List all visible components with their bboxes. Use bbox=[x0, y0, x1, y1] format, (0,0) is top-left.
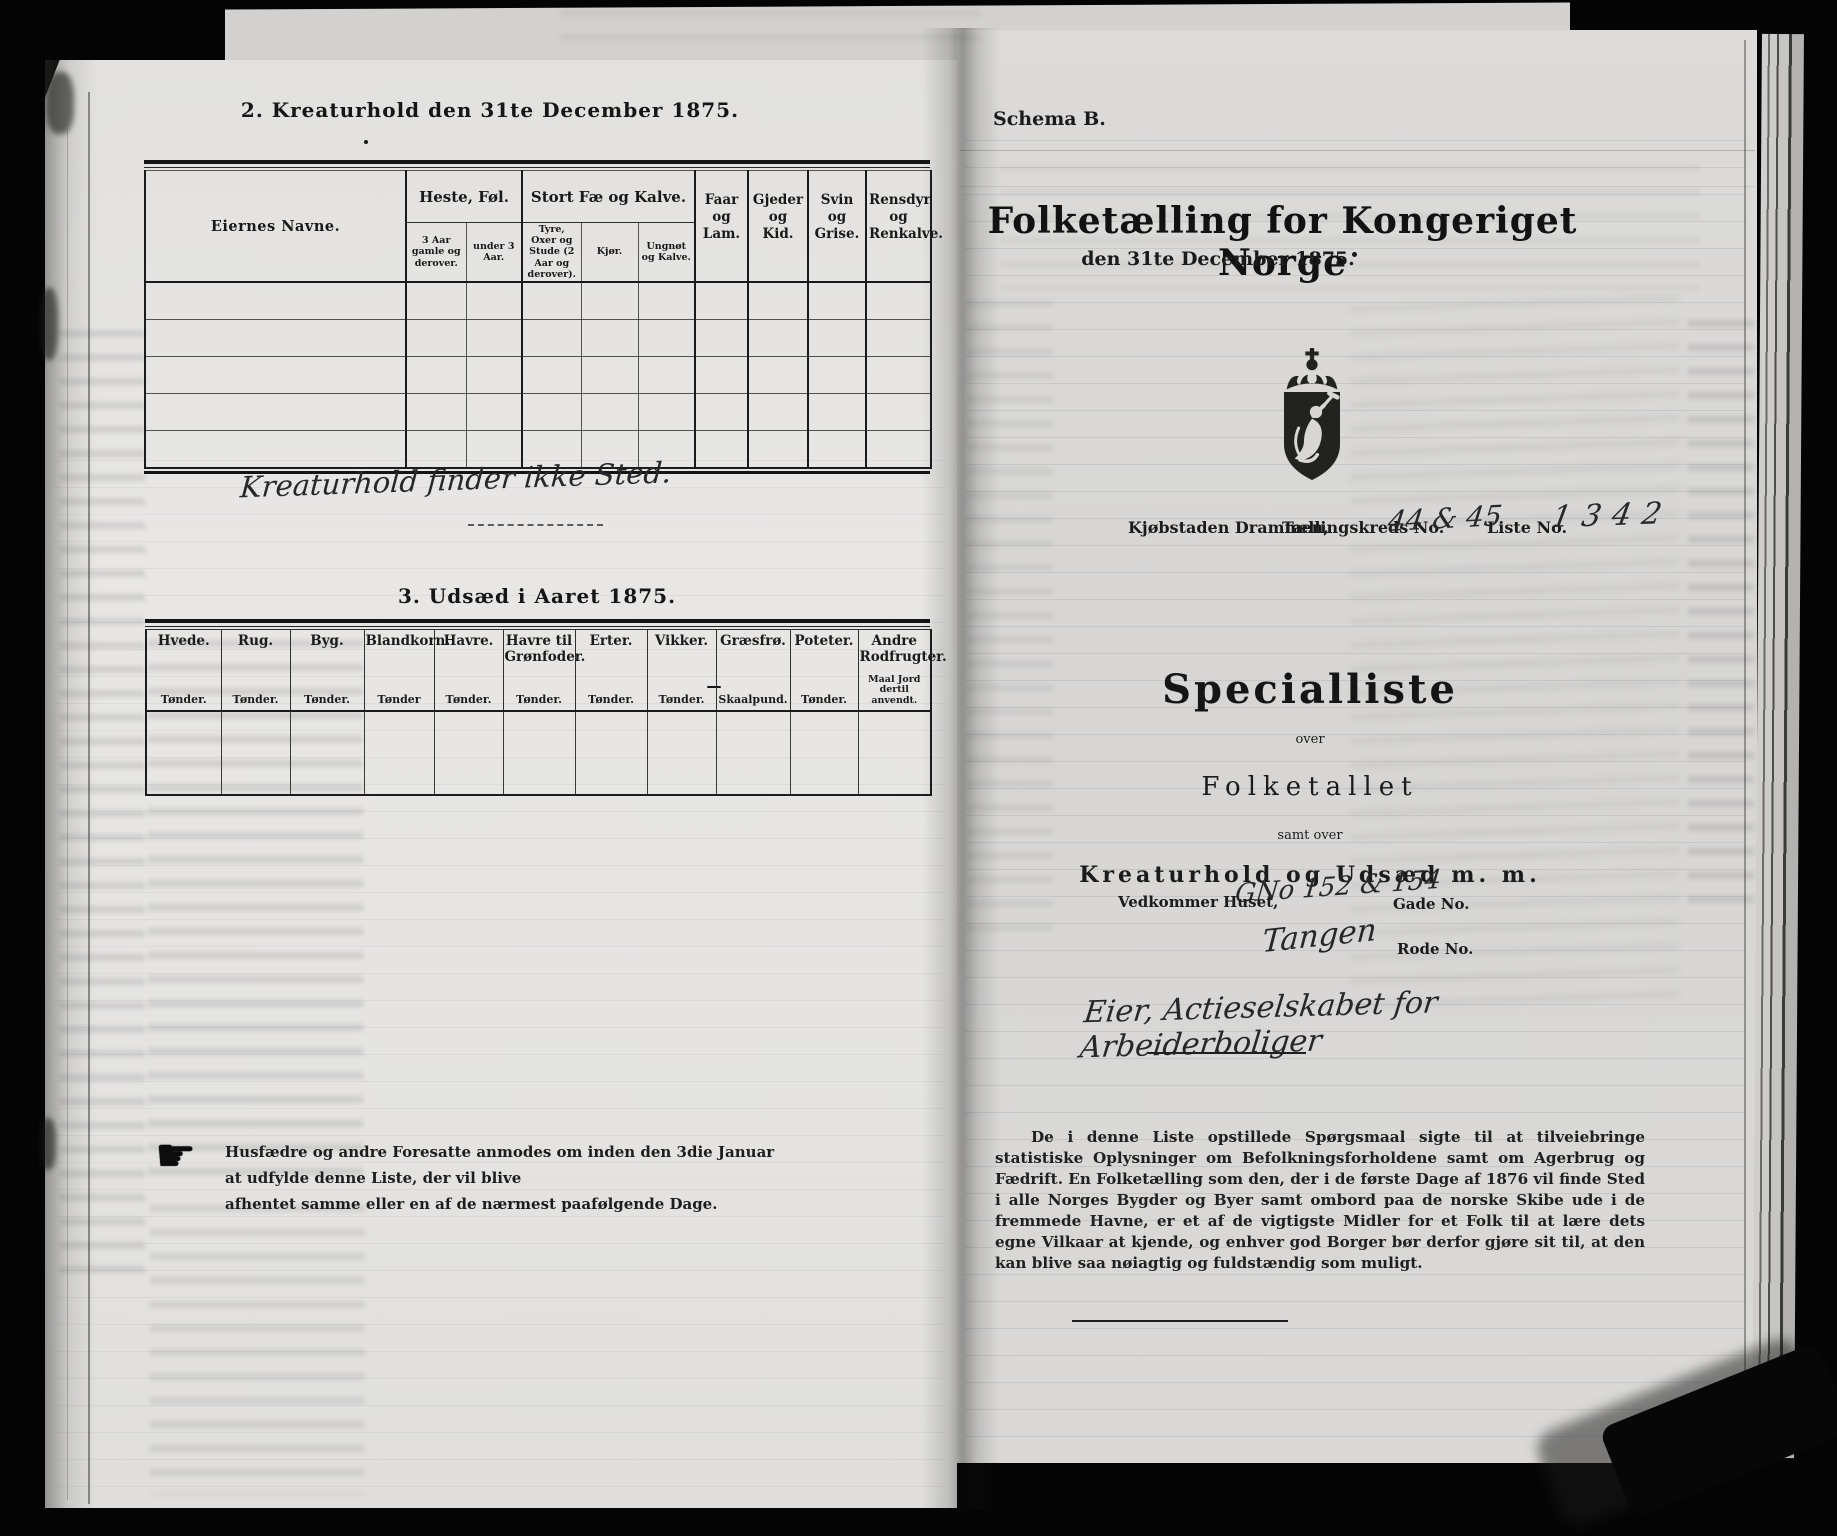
table-row bbox=[145, 320, 931, 357]
subcol-calves: Ungnøt og Kalve. bbox=[638, 223, 695, 283]
bleed-through-bottom-left bbox=[150, 1205, 365, 1495]
col-header-owner: Eiernes Navne. bbox=[145, 171, 406, 283]
col-header-potatoes: Poteter.Tønder. bbox=[790, 630, 858, 712]
table-row bbox=[145, 282, 931, 320]
table-row bbox=[146, 711, 931, 795]
bleed-through-top-band bbox=[560, 10, 980, 58]
edge-smudge bbox=[40, 1118, 56, 1170]
subcol-horses-young: under 3 Aar. bbox=[466, 223, 522, 283]
footnote-line2: afhentet samme eller en af de nærmest pa… bbox=[225, 1195, 717, 1213]
col-group-cattle: Stort Fæ og Kalve. bbox=[522, 171, 695, 223]
bleed-rule-line bbox=[960, 150, 1755, 151]
subcol-cows: Kjør. bbox=[581, 223, 638, 283]
col-header-fodder-oats: Havre til Grønfoder.Tønder. bbox=[503, 630, 575, 712]
empty-cell bbox=[145, 357, 406, 394]
scanned-census-book-spread: 2. Kreaturhold den 31te December 1875. E… bbox=[0, 0, 1837, 1536]
bleed-rule-line bbox=[960, 186, 1755, 187]
col-header-goats: Gjeder og Kid. bbox=[748, 171, 808, 283]
livestock-table: Eiernes Navne. Heste, Føl. Stort Fæ og K… bbox=[144, 170, 930, 474]
pointing-hand-icon: ☛ bbox=[155, 1132, 196, 1178]
right-page-edge-line bbox=[1744, 40, 1746, 1450]
col-header-vetches: Vikker.Tønder. bbox=[647, 630, 716, 712]
street-number-label: Gade No. bbox=[1393, 895, 1469, 913]
section3-title: 3. Udsæd i Aaret 1875. bbox=[144, 584, 930, 608]
bleed-through-handwriting bbox=[1350, 294, 1680, 1026]
population-label: Folketallet bbox=[1110, 772, 1510, 802]
samt-over-label: samt over bbox=[1110, 828, 1510, 843]
edge-smudge bbox=[40, 288, 58, 360]
census-subtitle: den 31te December 1875. bbox=[960, 248, 1476, 270]
col-header-root-crops: Andre Rodfrugter.Maal Jord dertil anvend… bbox=[858, 630, 931, 712]
col-header-pigs: Svin og Grise. bbox=[808, 171, 866, 283]
left-page-edge-line bbox=[88, 92, 90, 1504]
special-list-title: Specialliste bbox=[1110, 666, 1510, 713]
crops-table: Hvede.Tønder. Rug.Tønder. Byg.Tønder. Bl… bbox=[145, 629, 930, 796]
table-row bbox=[145, 357, 931, 394]
col-header-peas: Erter.Tønder. bbox=[575, 630, 647, 712]
book-gutter-shadow bbox=[922, 28, 1000, 1510]
list-number-handwritten: 1342 bbox=[1549, 496, 1675, 535]
table2-top-rule bbox=[145, 619, 930, 627]
col-header-grass-seed: Græsfrø.Skaalpund. bbox=[716, 630, 790, 712]
col-header-barley: Byg.Tønder. bbox=[290, 630, 364, 712]
empty-cell bbox=[146, 711, 221, 795]
coat-of-arms-norway bbox=[1272, 348, 1352, 496]
schema-label: Schema B. bbox=[993, 108, 1106, 130]
edge-smudge bbox=[46, 72, 74, 134]
col-header-mixed-grain: Blandkorn.Tønder bbox=[364, 630, 434, 712]
over-label: over bbox=[1110, 732, 1510, 747]
empty-cell bbox=[145, 431, 406, 469]
col-header-sheep: Faar og Lam. bbox=[695, 171, 748, 283]
section2-title: 2. Kreaturhold den 31te December 1875. bbox=[140, 98, 840, 122]
left-page-edge-line bbox=[67, 130, 68, 1500]
owner-underline bbox=[1148, 1052, 1306, 1054]
subcol-bulls: Tyre, Oxer og Stude (2 Aar og derover). bbox=[522, 223, 581, 283]
handwritten-underline bbox=[468, 524, 603, 526]
table1-top-rule bbox=[144, 160, 930, 168]
subcol-horses-old: 3 Aar gamle og derover. bbox=[406, 223, 466, 283]
empty-cell bbox=[145, 320, 406, 357]
ink-stain bbox=[364, 140, 368, 144]
census-main-title: Folketælling for Kongeriget Norge bbox=[960, 200, 1605, 284]
footnote: Husfædre og andre Foresatte anmodes om i… bbox=[225, 1140, 795, 1217]
col-group-horses: Heste, Føl. bbox=[406, 171, 522, 223]
footnote-line1: Husfædre og andre Foresatte anmodes om i… bbox=[225, 1143, 774, 1187]
closing-rule bbox=[1072, 1320, 1288, 1322]
empty-cell bbox=[145, 282, 406, 320]
empty-cell bbox=[145, 394, 406, 431]
info-paragraph: De i denne Liste opstillede Spørgsmaal s… bbox=[995, 1127, 1645, 1274]
col-header-rye: Rug.Tønder. bbox=[221, 630, 290, 712]
col-header-wheat: Hvede.Tønder. bbox=[146, 630, 221, 712]
book-fore-edge bbox=[1752, 34, 1804, 1458]
rode-number-label: Rode No. bbox=[1397, 940, 1473, 958]
table-row bbox=[145, 394, 931, 431]
col-header-oats: Havre.Tønder. bbox=[434, 630, 503, 712]
